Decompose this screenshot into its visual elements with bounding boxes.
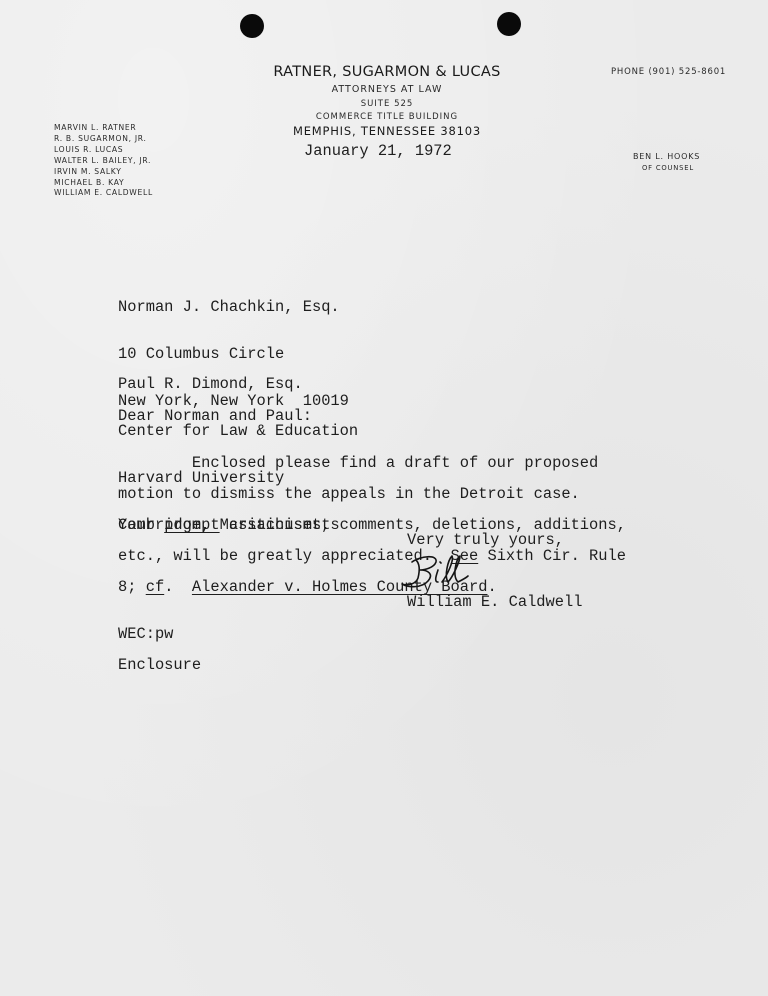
- partner-name: R. B. SUGARMON, JR.: [54, 134, 153, 145]
- partner-list: MARVIN L. RATNER R. B. SUGARMON, JR. LOU…: [54, 123, 153, 199]
- text: .: [164, 578, 192, 596]
- partner-name: WILLIAM E. CALDWELL: [54, 188, 153, 199]
- punch-hole-right: [497, 12, 521, 36]
- partner-name: LOUIS R. LUCAS: [54, 145, 153, 156]
- firm-suite: SUITE 525: [0, 99, 768, 109]
- closing: Very truly yours,: [407, 533, 564, 549]
- partner-name: MARVIN L. RATNER: [54, 123, 153, 134]
- body-line: etc., will be greatly appreciated. See S…: [118, 549, 626, 565]
- handwritten-signature: [398, 548, 498, 596]
- address-line: Center for Law & Education: [118, 424, 358, 440]
- punch-hole-left: [240, 14, 264, 38]
- partner-name: IRVIN M. SALKY: [54, 167, 153, 178]
- reference-initials: WEC:pw: [118, 627, 173, 643]
- partner-name: MICHAEL B. KAY: [54, 178, 153, 189]
- text: Sixth Cir. Rule: [478, 547, 626, 565]
- underlined-word: prompt: [164, 516, 219, 534]
- address-line: Norman J. Chachkin, Esq.: [118, 300, 349, 316]
- address-line: Paul R. Dimond, Esq.: [118, 377, 358, 393]
- partner-name: WALTER L. BAILEY, JR.: [54, 156, 153, 167]
- of-counsel-label: OF COUNSEL: [642, 164, 694, 172]
- text: Your: [118, 516, 164, 534]
- letter-body: Enclosed please find a draft of our prop…: [118, 440, 626, 612]
- enclosure-note: Enclosure: [118, 658, 201, 674]
- text: 8;: [118, 578, 146, 596]
- salutation: Dear Norman and Paul:: [118, 409, 312, 425]
- firm-building: COMMERCE TITLE BUILDING: [0, 112, 768, 122]
- of-counsel-name: BEN L. HOOKS: [633, 152, 700, 161]
- signer-name: William E. Caldwell: [407, 595, 582, 611]
- underlined-word: cf: [146, 578, 164, 596]
- letter-date: January 21, 1972: [304, 144, 452, 160]
- firm-phone: PHONE (901) 525-8601: [611, 67, 726, 77]
- firm-subtitle: ATTORNEYS AT LAW: [0, 84, 768, 95]
- body-line: Enclosed please find a draft of our prop…: [118, 456, 626, 472]
- body-line: motion to dismiss the appeals in the Det…: [118, 487, 626, 503]
